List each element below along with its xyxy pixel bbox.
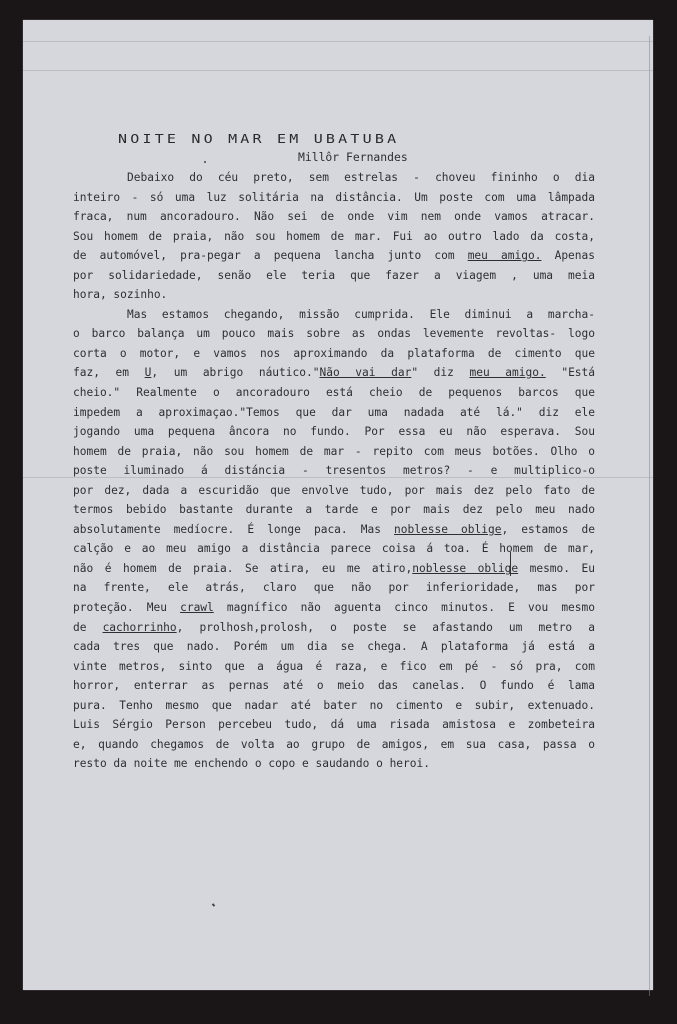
text-line: absolutamente medíocre. É longe paca. Ma… — [73, 520, 595, 540]
text-line: jogando uma pequena âncora no fundo. Por… — [73, 422, 595, 442]
document-body: Debaixo do céu preto, sem estrelas - cho… — [73, 168, 595, 774]
text-line: por solidariedade, senão ele teria que f… — [73, 266, 595, 286]
text-line: Mas estamos chegando, missão cumprida. E… — [73, 305, 595, 325]
text-line: fraca, num ancoradouro. Não sei de onde … — [73, 207, 595, 227]
text-line: vinte metros, sinto que a água é raza, e… — [73, 657, 595, 677]
text-line: pura. Tenho mesmo que nadar até bater no… — [73, 696, 595, 716]
text-line: não é homem de praia. Se atira, eu me at… — [73, 559, 595, 579]
text-line: impedem a aproximaçao."Temos que dar uma… — [73, 403, 595, 423]
text-line: Debaixo do céu preto, sem estrelas - cho… — [73, 168, 595, 188]
text-line: na frente, ele atrás, claro que não por … — [73, 578, 595, 598]
text-line: calção e ao meu amigo a distância parece… — [73, 539, 595, 559]
fold-line — [23, 41, 653, 42]
text-line: termos bebido bastante durante a tarde e… — [73, 500, 595, 520]
text-line: resto da noite me enchendo o copo e saud… — [73, 754, 595, 774]
document-title: NOITE NO MAR EM UBATUBA — [118, 131, 399, 146]
text-line: homem de praia, não sou homem de mar - r… — [73, 442, 595, 462]
text-line: proteção. Meu crawl magnífico não aguent… — [73, 598, 595, 618]
text-line: e, quando chegamos de volta ao grupo de … — [73, 735, 595, 755]
text-line: horror, enterrar as pernas até o meio da… — [73, 676, 595, 696]
text-line: o barco balança um pouco mais sobre as o… — [73, 324, 595, 344]
text-line: de automóvel, pra-pegar a pequena lancha… — [73, 246, 595, 266]
stray-dot — [204, 161, 206, 163]
text-line: de cachorrinho, prolhosh,prolosh, o post… — [73, 618, 595, 638]
fold-line — [23, 70, 653, 71]
text-line: Luis Sérgio Person percebeu tudo, dá uma… — [73, 715, 595, 735]
text-line: corta o motor, e vamos nos aproximando d… — [73, 344, 595, 364]
margin-rule — [649, 36, 650, 996]
text-line: faz, em U, um abrigo náutico."Não vai da… — [73, 363, 595, 383]
document-author: Millôr Fernandes — [298, 150, 408, 164]
text-line: Sou homem de praia, não sou homem de mar… — [73, 227, 595, 247]
text-line: por dez, dada a escuridão que envolve tu… — [73, 481, 595, 501]
text-line: cada tres que nado. Porém um dia se cheg… — [73, 637, 595, 657]
handwritten-insert-mark — [510, 552, 511, 576]
text-line: cheio." Realmente o ancoradouro está che… — [73, 383, 595, 403]
text-line: poste iluminado á distáncia - tresentos … — [73, 461, 595, 481]
text-line: inteiro - só uma luz solitária na distân… — [73, 188, 595, 208]
text-line: hora, sozinho. — [73, 285, 595, 305]
